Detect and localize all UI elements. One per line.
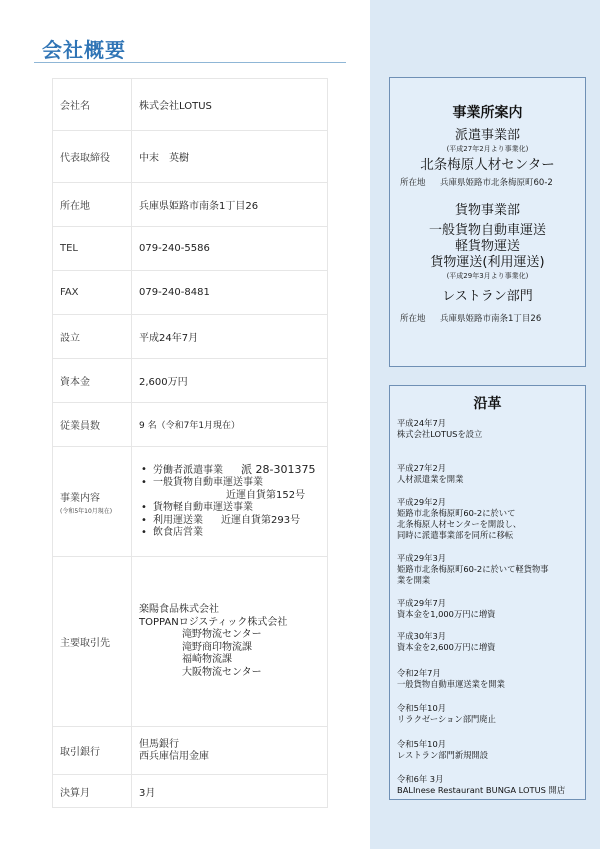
business-list: •労働者派遣事業派 28-301375 •一般貨物自動車運送事業近運自貨第152… xyxy=(139,464,327,540)
cargo-note: (平成29年3月より事業化) xyxy=(390,271,585,281)
cargo-line: 一般貨物自動車運送 xyxy=(390,223,585,239)
title-divider xyxy=(34,62,346,63)
partner-division: 滝野商印物流課 xyxy=(139,642,327,655)
office-info-box: 事業所案内 派遣事業部 (平成27年2月より事業化) 北条梅原人材センター 所在… xyxy=(389,77,586,367)
table-row: 会社名 株式会社LOTUS xyxy=(53,79,328,131)
history-box: 沿革 平成24年7月 株式会社LOTUSを設立 平成27年2月 人材派遣業を開業… xyxy=(389,385,586,800)
dispatch-center: 北条梅原人材センター xyxy=(390,157,585,173)
banks-cell: 但馬銀行 西兵庫信用金庫 xyxy=(132,727,328,775)
dispatch-dept: 派遣事業部 xyxy=(390,128,585,144)
list-item: •利用運送業近運自貨第293号 xyxy=(139,515,327,528)
partner-division: 福崎物流課 xyxy=(139,654,327,667)
row-label: 代表取締役 xyxy=(53,131,132,183)
partners-cell: 楽陽食品株式会社 TOPPANロジスティック株式会社 滝野物流センター 滝野商印… xyxy=(132,557,328,727)
history-item: 平成30年3月 資本金を2,600万円に増資 xyxy=(397,631,495,653)
history-item: 平成27年2月 人材派遣業を開業 xyxy=(397,463,463,485)
table-row: 資本金 2,600万円 xyxy=(53,359,328,403)
partner-division: 滝野物流センター xyxy=(139,629,327,642)
row-label: 資本金 xyxy=(53,359,132,403)
bullet-icon: • xyxy=(141,515,147,528)
cargo-line: 軽貨物運送 xyxy=(390,239,585,255)
page-title: 会社概要 xyxy=(42,34,126,63)
row-value: 3月 xyxy=(132,775,328,808)
row-value: 兵庫県姫路市南条1丁目26 xyxy=(132,183,328,227)
table-row: 所在地 兵庫県姫路市南条1丁目26 xyxy=(53,183,328,227)
table-row: 設立 平成24年7月 xyxy=(53,315,328,359)
row-value: 079-240-5586 xyxy=(132,227,328,271)
row-value: 2,600万円 xyxy=(132,359,328,403)
history-item: 令和5年10月 レストラン部門新規開設 xyxy=(397,739,488,761)
row-label: 所在地 xyxy=(53,183,132,227)
cargo-dept: 貨物事業部 xyxy=(390,203,585,219)
business-label: 事業内容 xyxy=(60,493,100,504)
row-label: FAX xyxy=(53,271,132,315)
list-item: •飲食店営業 xyxy=(139,527,327,540)
row-label: 会社名 xyxy=(53,79,132,131)
row-value: 平成24年7月 xyxy=(132,315,328,359)
history-item: 令和2年7月 一般貨物自動車運送業を開業 xyxy=(397,668,505,690)
banks-label: 取引銀行 xyxy=(53,727,132,775)
business-sublabel: (令和5年10月現在) xyxy=(60,506,131,515)
business-label-cell: 事業内容 (令和5年10月現在) xyxy=(53,447,132,557)
table-row-business: 事業内容 (令和5年10月現在) •労働者派遣事業派 28-301375 •一般… xyxy=(53,447,328,557)
row-label: 決算月 xyxy=(53,775,132,808)
dispatch-address: 所在地兵庫県姫路市北条梅原町60-2 xyxy=(390,177,585,189)
table-row-partners: 主要取引先 楽陽食品株式会社 TOPPANロジスティック株式会社 滝野物流センタ… xyxy=(53,557,328,727)
partners-label: 主要取引先 xyxy=(53,557,132,727)
partner-division: 大阪物流センター xyxy=(139,667,327,680)
table-row-banks: 取引銀行 但馬銀行 西兵庫信用金庫 xyxy=(53,727,328,775)
row-value: 中末 英樹 xyxy=(132,131,328,183)
table-row: 従業員数 9 名（令和7年1月現在） xyxy=(53,403,328,447)
business-list-cell: •労働者派遣事業派 28-301375 •一般貨物自動車運送事業近運自貨第152… xyxy=(132,447,328,557)
table-row: FAX 079-240-8481 xyxy=(53,271,328,315)
bank-name: 但馬銀行 xyxy=(139,739,327,751)
dispatch-note: (平成27年2月より事業化) xyxy=(390,144,585,154)
bullet-icon: • xyxy=(141,527,147,540)
list-item: •労働者派遣事業派 28-301375 xyxy=(139,464,327,478)
history-item: 平成29年3月 姫路市北条梅原町60-2に於いて軽貨物事 業を開業 xyxy=(397,553,549,586)
partner-name: TOPPANロジスティック株式会社 xyxy=(139,617,327,630)
history-item: 平成29年2月 姫路市北条梅原町60-2に於いて 北条梅原人材センターを開設し、… xyxy=(397,497,521,541)
table-row: 代表取締役 中末 英樹 xyxy=(53,131,328,183)
restaurant-dept: レストラン部門 xyxy=(390,289,585,305)
office-heading: 事業所案内 xyxy=(390,102,585,122)
row-label: TEL xyxy=(53,227,132,271)
history-item: 令和6年 3月 BALInese Restaurant BUNGA LOTUS … xyxy=(397,774,565,796)
bullet-icon: • xyxy=(141,464,147,477)
cargo-line: 貨物運送(利用運送) xyxy=(390,255,585,271)
list-item: •一般貨物自動車運送事業近運自貨第152号 xyxy=(139,477,327,502)
bank-name: 西兵庫信用金庫 xyxy=(139,751,327,763)
company-profile-table: 会社名 株式会社LOTUS 代表取締役 中末 英樹 所在地 兵庫県姫路市南条1丁… xyxy=(52,78,328,808)
row-label: 設立 xyxy=(53,315,132,359)
row-value: 079-240-8481 xyxy=(132,271,328,315)
table-row: 決算月 3月 xyxy=(53,775,328,808)
restaurant-address: 所在地兵庫県姫路市南条1丁目26 xyxy=(390,313,585,325)
row-label: 従業員数 xyxy=(53,403,132,447)
list-item: •貨物軽自動車運送事業 xyxy=(139,502,327,515)
bullet-icon: • xyxy=(141,502,147,515)
bullet-icon: • xyxy=(141,477,147,490)
history-item: 令和5年10月 リラクゼーション部門廃止 xyxy=(397,703,496,725)
row-value: 9 名（令和7年1月現在） xyxy=(132,403,328,447)
table-row: TEL 079-240-5586 xyxy=(53,227,328,271)
history-item: 平成24年7月 株式会社LOTUSを設立 xyxy=(397,418,482,440)
partner-name: 楽陽食品株式会社 xyxy=(139,604,327,617)
row-value: 株式会社LOTUS xyxy=(132,79,328,131)
history-item: 平成29年7月 資本金を1,000万円に増資 xyxy=(397,598,495,620)
history-heading: 沿革 xyxy=(390,393,585,413)
